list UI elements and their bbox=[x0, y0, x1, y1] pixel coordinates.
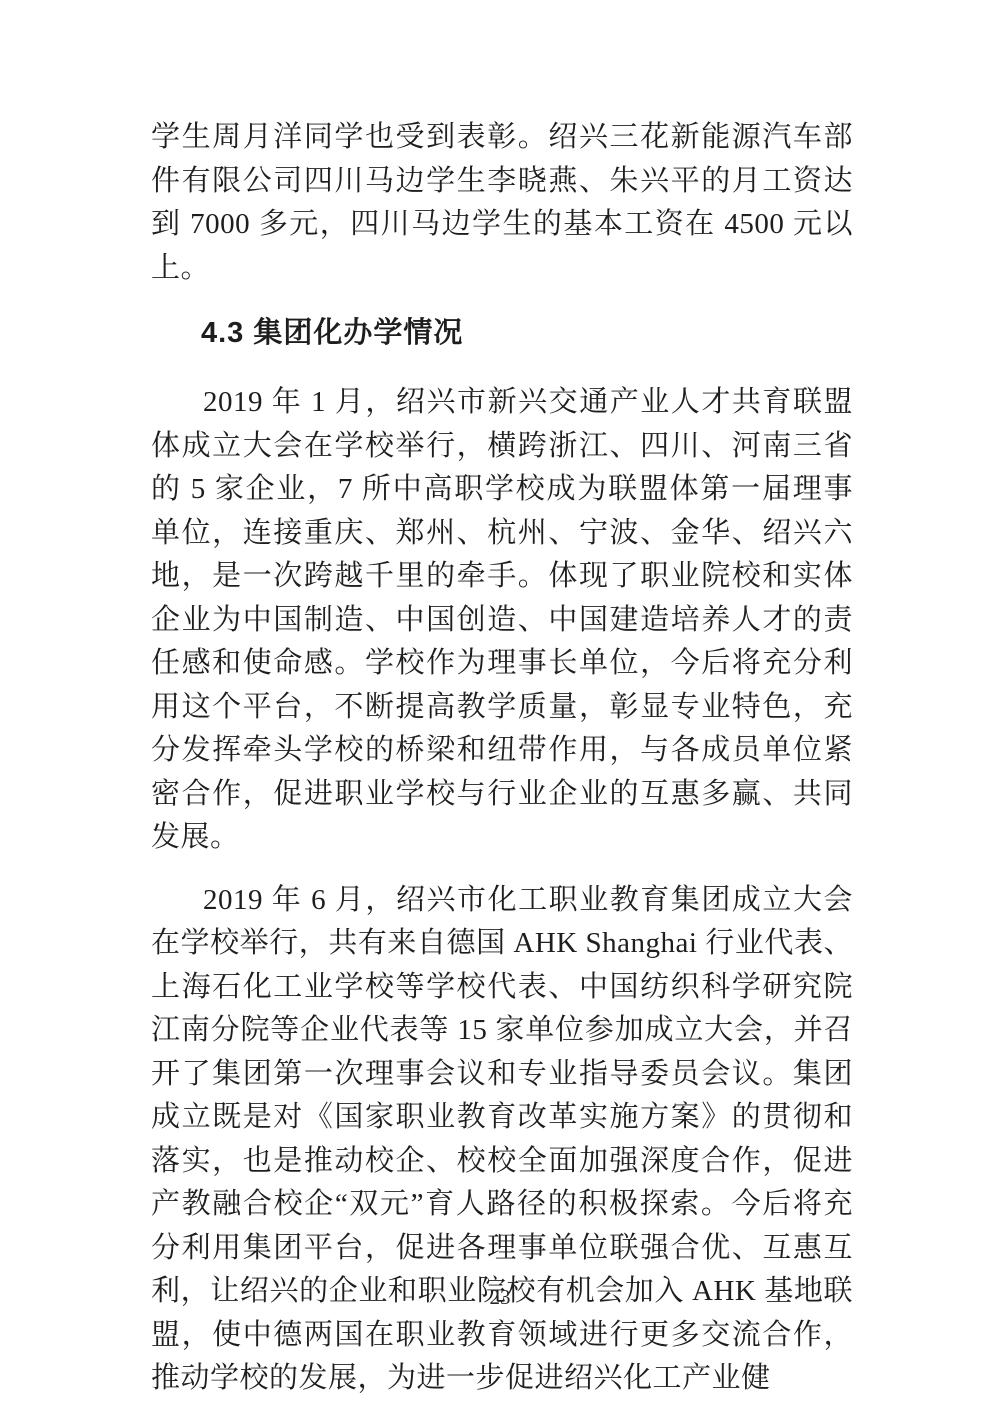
section-heading: 4.3 集团化办学情况 bbox=[151, 315, 853, 351]
document-page: 学生周月洋同学也受到表彰。绍兴三花新能源汽车部件有限公司四川马边学生李晓燕、朱兴… bbox=[0, 0, 1000, 1414]
paragraph-alliance-2019-01: 2019 年 1 月，绍兴市新兴交通产业人才共育联盟体成立大会在学校举行，横跨浙… bbox=[151, 381, 853, 860]
paragraph-intro: 学生周月洋同学也受到表彰。绍兴三花新能源汽车部件有限公司四川马边学生李晓燕、朱兴… bbox=[151, 116, 853, 290]
paragraph-group-2019-06: 2019 年 6 月，绍兴市化工职业教育集团成立大会在学校举行，共有来自德国 A… bbox=[151, 879, 853, 1401]
page-number: 23 bbox=[0, 1284, 1000, 1310]
page-content: 学生周月洋同学也受到表彰。绍兴三花新能源汽车部件有限公司四川马边学生李晓燕、朱兴… bbox=[151, 116, 853, 1401]
